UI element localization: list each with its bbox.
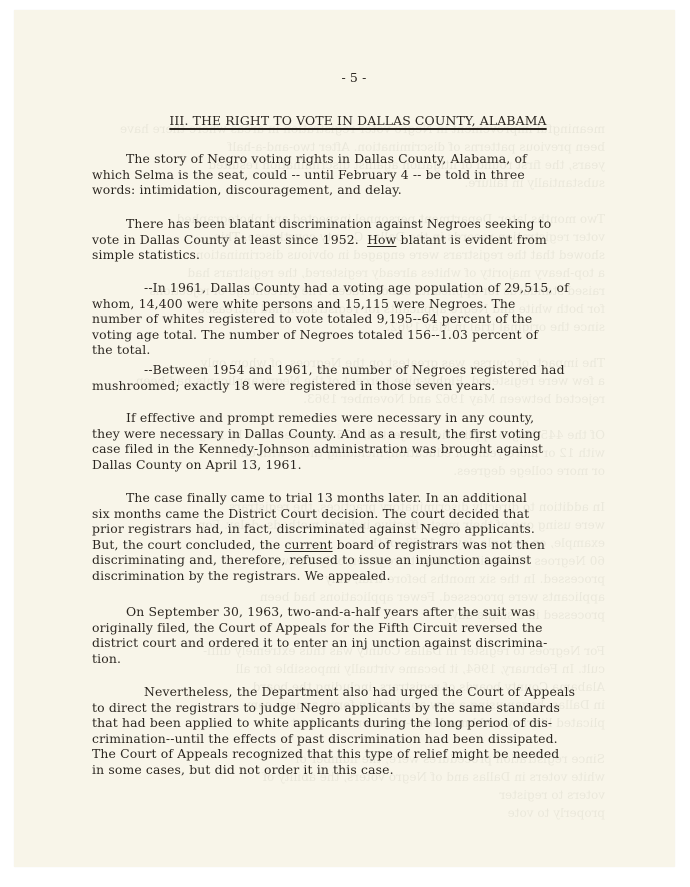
section-heading: III. THE RIGHT TO VOTE IN DALLAS COUNTY,…: [92, 113, 612, 128]
paragraph-remedies: If effective and prompt remedies were ne…: [92, 410, 612, 472]
paragraph-appeal: On September 30, 1963, two-and-a-half ye…: [92, 604, 612, 666]
text-fragment: board of registrars was not then: [337, 537, 545, 552]
text-line: the total.: [92, 342, 612, 358]
text-line: case filed in the Kennedy-Johnson admini…: [92, 441, 612, 457]
text-line: discrimination by the registrars. We app…: [92, 568, 612, 584]
text-line: voting age total. The number of Negroes …: [92, 327, 612, 343]
section-heading-text: III. THE RIGHT TO VOTE IN DALLAS COUNTY,…: [169, 113, 546, 128]
text-line: But, the court concluded, the current bo…: [92, 537, 612, 553]
text-line: There has been blatant discrimination ag…: [92, 216, 612, 232]
text-line: --Between 1954 and 1961, the number of N…: [92, 362, 612, 378]
text-line: prior registrars had, in fact, discrimin…: [92, 521, 612, 537]
text-line: mushroomed; exactly 18 were registered i…: [92, 378, 612, 394]
document-page: meaningful improvement in Negro voter re…: [14, 10, 675, 867]
text-line: crimination--until the effects of past d…: [92, 731, 612, 747]
text-line: whom, 14,400 were white persons and 15,1…: [92, 296, 612, 312]
text-line: to direct the registrars to judge Negro …: [92, 700, 612, 716]
text-line: they were necessary in Dallas County. An…: [92, 426, 612, 442]
paragraph-statistics-1961: --In 1961, Dallas County had a voting ag…: [92, 280, 612, 358]
text-line: vote in Dallas County at least since 195…: [92, 232, 612, 248]
text-line: Nevertheless, the Department also had ur…: [92, 684, 612, 700]
text-line: which Selma is the seat, could -- until …: [92, 167, 612, 183]
text-line: simple statistics.: [92, 247, 612, 263]
text-fragment: But, the court concluded, the: [92, 537, 280, 552]
page-number: - 5 -: [94, 70, 614, 85]
text-line: words: intimidation, discouragement, and…: [92, 182, 612, 198]
text-line: originally filed, the Court of Appeals f…: [92, 620, 612, 636]
paragraph-nevertheless: Nevertheless, the Department also had ur…: [92, 684, 612, 777]
text-line: tion.: [92, 651, 612, 667]
paragraph-discrimination: There has been blatant discrimination ag…: [92, 216, 612, 263]
text-line: six months came the District Court decis…: [92, 506, 612, 522]
emphasis-how: How: [367, 232, 396, 247]
text-fragment: blatant is evident from: [401, 232, 547, 247]
text-line: discriminating and, therefore, refused t…: [92, 552, 612, 568]
text-line: that had been applied to white applicant…: [92, 715, 612, 731]
paragraph-intro: The story of Negro voting rights in Dall…: [92, 151, 612, 198]
text-line: The story of Negro voting rights in Dall…: [92, 151, 612, 167]
text-line: On September 30, 1963, two-and-a-half ye…: [92, 604, 612, 620]
text-fragment: vote in Dallas County at least since 195…: [92, 232, 359, 247]
text-line: The case finally came to trial 13 months…: [92, 490, 612, 506]
text-line: Dallas County on April 13, 1961.: [92, 457, 612, 473]
text-line: district court and ordered it to enter a…: [92, 635, 612, 651]
text-line: number of whites registered to vote tota…: [92, 311, 612, 327]
emphasis-current: current: [284, 537, 332, 552]
text-line: The Court of Appeals recognized that thi…: [92, 746, 612, 762]
text-line: If effective and prompt remedies were ne…: [92, 410, 612, 426]
text-line: --In 1961, Dallas County had a voting ag…: [92, 280, 612, 296]
paragraph-trial: The case finally came to trial 13 months…: [92, 490, 612, 583]
paragraph-statistics-1954: --Between 1954 and 1961, the number of N…: [92, 362, 612, 393]
text-line: in some cases, but did not order it in t…: [92, 762, 612, 778]
